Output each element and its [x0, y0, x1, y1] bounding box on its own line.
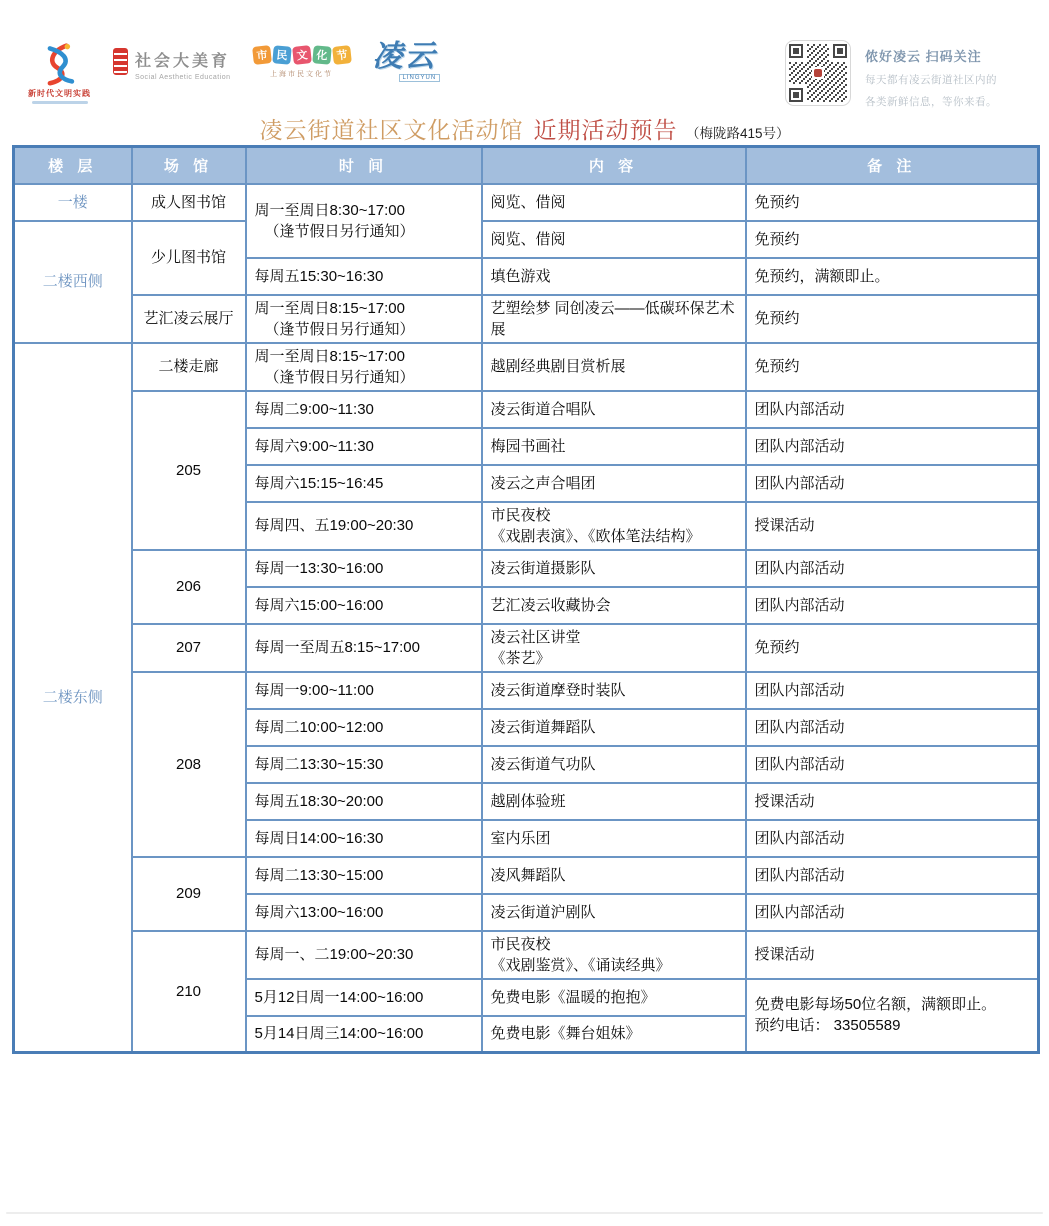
cell-line: 授课活动	[755, 944, 1030, 965]
cell-line: 每周一至周五8:15~17:00	[255, 637, 473, 658]
cell-line: 每周二13:30~15:30	[255, 754, 473, 775]
page: 新时代文明实践 社会大美育 Social Aesthetic Education…	[0, 0, 1049, 1226]
qr-follow-line1: 每天都有凌云街道社区内的	[865, 72, 997, 87]
festival-tile: 民	[272, 45, 292, 65]
time-cell: 每周一至周五8:15~17:00	[246, 624, 482, 672]
time-cell: 每周六9:00~11:30	[246, 428, 482, 465]
content-cell: 填色游戏	[482, 258, 746, 295]
remark-cell: 免预约	[746, 221, 1039, 258]
cell-line: 免预约	[755, 192, 1030, 213]
cell-line: 免预约	[755, 356, 1030, 377]
civilization-practice-subtext	[32, 101, 88, 104]
floor-cell: 一楼	[14, 184, 132, 221]
venue-cell: 206	[132, 550, 246, 624]
cell-line: 免预约，满额即止。	[755, 266, 1030, 287]
cell-line: 市民夜校	[491, 505, 737, 526]
cell-line: 每周六15:15~16:45	[255, 473, 473, 494]
cell-line: 凌云街道摩登时装队	[491, 680, 737, 701]
content-cell: 阅览、借阅	[482, 221, 746, 258]
remark-cell: 免预约	[746, 184, 1039, 221]
time-cell: 每周五15:30~16:30	[246, 258, 482, 295]
civilization-practice-label: 新时代文明实践	[28, 88, 91, 99]
table-row: 艺汇凌云展厅周一至周日8:15~17:00（逢节假日另行通知）艺塑绘梦 同创凌云…	[14, 295, 1039, 343]
cell-line: 周一至周日8:15~17:00	[255, 298, 473, 319]
cell-line: 每周六9:00~11:30	[255, 436, 473, 457]
logo-strip: 新时代文明实践 社会大美育 Social Aesthetic Education…	[28, 42, 440, 104]
schedule-body: 一楼成人图书馆周一至周日8:30~17:00（逢节假日另行通知）阅览、借阅免预约…	[14, 184, 1039, 1053]
schedule-table: 楼 层 场 馆 时 间 内 容 备 注 一楼成人图书馆周一至周日8:30~17:…	[12, 145, 1040, 1054]
cell-line: 凌风舞蹈队	[491, 865, 737, 886]
cell-line: 二楼走廊	[135, 356, 243, 377]
cell-line: 《茶艺》	[491, 648, 737, 669]
cell-line: 每周五18:30~20:00	[255, 791, 473, 812]
page-bottom-edge	[6, 1212, 1043, 1214]
social-aesthetic-icon	[113, 48, 128, 75]
cell-line: （逢节假日另行通知）	[255, 367, 473, 388]
cell-line: 阅览、借阅	[491, 229, 737, 250]
festival-tile: 节	[332, 45, 352, 65]
table-header-row: 楼 层 场 馆 时 间 内 容 备 注	[14, 147, 1039, 184]
remark-cell: 团队内部活动	[746, 857, 1039, 894]
social-aesthetic-sublabel: Social Aesthetic Education	[135, 74, 231, 81]
table-row: 二楼西侧少儿图书馆阅览、借阅免预约	[14, 221, 1039, 258]
cell-line: 5月14日周三14:00~16:00	[255, 1023, 473, 1044]
content-cell: 凌云之声合唱团	[482, 465, 746, 502]
remark-cell: 免费电影每场50位名额，满额即止。预约电话： 33505589	[746, 979, 1039, 1053]
remark-cell: 免预约，满额即止。	[746, 258, 1039, 295]
festival-tile: 文	[292, 45, 312, 65]
venue-cell: 208	[132, 672, 246, 857]
cell-line: 209	[135, 883, 243, 904]
column-header-time: 时 间	[246, 147, 482, 184]
remark-cell: 团队内部活动	[746, 587, 1039, 624]
column-header-floor: 楼 层	[14, 147, 132, 184]
cell-line: （逢节假日另行通知）	[255, 319, 473, 340]
cell-line: 206	[135, 576, 243, 597]
remark-cell: 团队内部活动	[746, 820, 1039, 857]
table-row: 210每周一、二19:00~20:30市民夜校《戏剧鉴赏》、《诵读经典》授课活动	[14, 931, 1039, 979]
table-row: 207每周一至周五8:15~17:00凌云社区讲堂《茶艺》免预约	[14, 624, 1039, 672]
cell-line: 免费电影每场50位名额，满额即止。	[755, 994, 1030, 1015]
cell-line: 成人图书馆	[135, 192, 243, 213]
qr-text-block: 侬好凌云 扫码关注 每天都有凌云街道社区内的 各类新鲜信息，等你来看。	[865, 40, 997, 109]
content-cell: 凌云街道气功队	[482, 746, 746, 783]
cell-line: 每周五15:30~16:30	[255, 266, 473, 287]
cell-line: 二楼东侧	[17, 687, 129, 708]
time-cell: 每周一13:30~16:00	[246, 550, 482, 587]
civilization-practice-logo: 新时代文明实践	[28, 42, 91, 104]
remark-cell: 团队内部活动	[746, 709, 1039, 746]
remark-cell: 免预约	[746, 343, 1039, 391]
qr-follow-title: 侬好凌云 扫码关注	[865, 46, 997, 65]
remark-cell: 授课活动	[746, 502, 1039, 550]
cell-line: 每周二9:00~11:30	[255, 399, 473, 420]
cell-line: 凌云街道气功队	[491, 754, 737, 775]
social-aesthetic-label: 社会大美育	[135, 48, 231, 71]
floor-cell: 二楼东侧	[14, 343, 132, 1053]
time-cell: 5月14日周三14:00~16:00	[246, 1016, 482, 1053]
cell-line: 团队内部活动	[755, 399, 1030, 420]
venue-cell: 207	[132, 624, 246, 672]
cell-line: 团队内部活动	[755, 865, 1030, 886]
cell-line: 梅园书画社	[491, 436, 737, 457]
cell-line: 周一至周日8:15~17:00	[255, 346, 473, 367]
title-announcement: 近期活动预告	[534, 118, 678, 143]
cell-line: 免费电影《舞台姐妹》	[491, 1023, 737, 1044]
page-title: 凌云街道社区文化活动馆近期活动预告 （梅陇路415号）	[0, 112, 1049, 145]
remark-cell: 团队内部活动	[746, 746, 1039, 783]
content-cell: 梅园书画社	[482, 428, 746, 465]
cell-line: 每周二13:30~15:00	[255, 865, 473, 886]
floor-cell: 二楼西侧	[14, 221, 132, 343]
content-cell: 艺塑绘梦 同创凌云——低碳环保艺术展	[482, 295, 746, 343]
lingyun-calligraphy-logo: 凌云 LINGYUN	[373, 42, 441, 82]
cell-line: 凌云街道舞蹈队	[491, 717, 737, 738]
cell-line: （逢节假日另行通知）	[255, 221, 473, 242]
cell-line: 每周一13:30~16:00	[255, 558, 473, 579]
content-cell: 艺汇凌云收藏协会	[482, 587, 746, 624]
table-row: 一楼成人图书馆周一至周日8:30~17:00（逢节假日另行通知）阅览、借阅免预约	[14, 184, 1039, 221]
time-cell: 周一至周日8:15~17:00（逢节假日另行通知）	[246, 295, 482, 343]
cell-line: 团队内部活动	[755, 828, 1030, 849]
cell-line: 市民夜校	[491, 934, 737, 955]
content-cell: 凌云街道摄影队	[482, 550, 746, 587]
venue-cell: 210	[132, 931, 246, 1053]
cell-line: 每周六15:00~16:00	[255, 595, 473, 616]
cell-line: 凌云社区讲堂	[491, 627, 737, 648]
cell-line: 授课活动	[755, 515, 1030, 536]
time-cell: 每周二10:00~12:00	[246, 709, 482, 746]
time-cell: 每周一9:00~11:00	[246, 672, 482, 709]
time-cell: 每周五18:30~20:00	[246, 783, 482, 820]
cell-line: 每周日14:00~16:30	[255, 828, 473, 849]
remark-cell: 团队内部活动	[746, 465, 1039, 502]
title-venue-name: 凌云街道社区文化活动馆	[260, 118, 524, 143]
content-cell: 市民夜校《戏剧鉴赏》、《诵读经典》	[482, 931, 746, 979]
time-cell: 5月12日周一14:00~16:00	[246, 979, 482, 1016]
remark-cell: 团队内部活动	[746, 550, 1039, 587]
venue-cell: 成人图书馆	[132, 184, 246, 221]
cell-line: 每周四、五19:00~20:30	[255, 515, 473, 536]
cell-line: 每周二10:00~12:00	[255, 717, 473, 738]
content-cell: 凌云街道舞蹈队	[482, 709, 746, 746]
content-cell: 市民夜校《戏剧表演》、《欧体笔法结构》	[482, 502, 746, 550]
remark-cell: 授课活动	[746, 783, 1039, 820]
table-row: 209每周二13:30~15:00凌风舞蹈队团队内部活动	[14, 857, 1039, 894]
content-cell: 越剧经典剧目赏析展	[482, 343, 746, 391]
cell-line: 凌云街道摄影队	[491, 558, 737, 579]
lingyun-sublabel: LINGYUN	[399, 74, 441, 82]
social-aesthetic-logo: 社会大美育 Social Aesthetic Education	[113, 48, 231, 81]
cell-line: 5月12日周一14:00~16:00	[255, 987, 473, 1008]
citizen-culture-festival-logo: 市民文化节 上海市民文化节	[253, 46, 351, 79]
table-row: 205每周二9:00~11:30凌云街道合唱队团队内部活动	[14, 391, 1039, 428]
cell-line: 凌云街道合唱队	[491, 399, 737, 420]
content-cell: 室内乐团	[482, 820, 746, 857]
cell-line: 少儿图书馆	[135, 247, 243, 268]
civilization-swirl-icon	[38, 42, 82, 86]
qr-follow-card: 侬好凌云 扫码关注 每天都有凌云街道社区内的 各类新鲜信息，等你来看。	[785, 40, 1035, 109]
festival-sublabel: 上海市民文化节	[270, 69, 333, 79]
cell-line: 凌云之声合唱团	[491, 473, 737, 494]
qr-follow-line2: 各类新鲜信息，等你来看。	[865, 94, 997, 109]
remark-cell: 免预约	[746, 295, 1039, 343]
content-cell: 凌云街道合唱队	[482, 391, 746, 428]
time-cell: 每周六13:00~16:00	[246, 894, 482, 931]
time-cell: 周一至周日8:30~17:00（逢节假日另行通知）	[246, 184, 482, 258]
cell-line: 周一至周日8:30~17:00	[255, 200, 473, 221]
cell-line: 越剧经典剧目赏析展	[491, 356, 737, 377]
remark-cell: 团队内部活动	[746, 391, 1039, 428]
cell-line: 每周一、二19:00~20:30	[255, 944, 473, 965]
column-header-venue: 场 馆	[132, 147, 246, 184]
table-row: 二楼东侧二楼走廊周一至周日8:15~17:00（逢节假日另行通知）越剧经典剧目赏…	[14, 343, 1039, 391]
cell-line: 免预约	[755, 637, 1030, 658]
remark-cell: 团队内部活动	[746, 894, 1039, 931]
venue-cell: 少儿图书馆	[132, 221, 246, 295]
cell-line: 210	[135, 981, 243, 1002]
cell-line: 凌云街道沪剧队	[491, 902, 737, 923]
venue-cell: 205	[132, 391, 246, 550]
cell-line: 填色游戏	[491, 266, 737, 287]
column-header-remark: 备 注	[746, 147, 1039, 184]
qr-code-icon	[789, 44, 847, 102]
time-cell: 每周日14:00~16:30	[246, 820, 482, 857]
time-cell: 每周六15:15~16:45	[246, 465, 482, 502]
festival-tiles: 市民文化节	[253, 46, 351, 64]
cell-line: 团队内部活动	[755, 473, 1030, 494]
cell-line: 一楼	[17, 192, 129, 213]
venue-cell: 209	[132, 857, 246, 931]
content-cell: 免费电影《温暖的抱抱》	[482, 979, 746, 1016]
title-address: （梅陇路415号）	[686, 126, 790, 141]
remark-cell: 团队内部活动	[746, 672, 1039, 709]
cell-line: 艺汇凌云展厅	[135, 308, 243, 329]
content-cell: 凌风舞蹈队	[482, 857, 746, 894]
cell-line: 《戏剧鉴赏》、《诵读经典》	[491, 955, 737, 976]
content-cell: 越剧体验班	[482, 783, 746, 820]
cell-line: 每周六13:00~16:00	[255, 902, 473, 923]
remark-cell: 团队内部活动	[746, 428, 1039, 465]
cell-line: 授课活动	[755, 791, 1030, 812]
time-cell: 每周二9:00~11:30	[246, 391, 482, 428]
cell-line: 二楼西侧	[17, 271, 129, 292]
cell-line: 团队内部活动	[755, 595, 1030, 616]
time-cell: 每周一、二19:00~20:30	[246, 931, 482, 979]
cell-line: 207	[135, 637, 243, 658]
column-header-content: 内 容	[482, 147, 746, 184]
venue-cell: 二楼走廊	[132, 343, 246, 391]
festival-tile: 化	[312, 45, 332, 65]
time-cell: 每周六15:00~16:00	[246, 587, 482, 624]
cell-line: 208	[135, 754, 243, 775]
cell-line: 团队内部活动	[755, 902, 1030, 923]
cell-line: 艺汇凌云收藏协会	[491, 595, 737, 616]
qr-code	[785, 40, 851, 106]
remark-cell: 免预约	[746, 624, 1039, 672]
time-cell: 每周四、五19:00~20:30	[246, 502, 482, 550]
cell-line: 《戏剧表演》、《欧体笔法结构》	[491, 526, 737, 547]
cell-line: 团队内部活动	[755, 558, 1030, 579]
cell-line: 室内乐团	[491, 828, 737, 849]
cell-line: 越剧体验班	[491, 791, 737, 812]
content-cell: 免费电影《舞台姐妹》	[482, 1016, 746, 1053]
cell-line: 205	[135, 460, 243, 481]
cell-line: 团队内部活动	[755, 717, 1030, 738]
cell-line: 免预约	[755, 308, 1030, 329]
content-cell: 凌云街道摩登时装队	[482, 672, 746, 709]
venue-cell: 艺汇凌云展厅	[132, 295, 246, 343]
time-cell: 每周二13:30~15:30	[246, 746, 482, 783]
cell-line: 团队内部活动	[755, 680, 1030, 701]
cell-line: 艺塑绘梦 同创凌云——低碳环保艺术展	[491, 298, 737, 340]
cell-line: 每周一9:00~11:00	[255, 680, 473, 701]
cell-line: 免费电影《温暖的抱抱》	[491, 987, 737, 1008]
cell-line: 团队内部活动	[755, 436, 1030, 457]
cell-line: 预约电话： 33505589	[755, 1015, 1030, 1036]
cell-line: 阅览、借阅	[491, 192, 737, 213]
lingyun-label: 凌云	[373, 42, 437, 72]
content-cell: 凌云社区讲堂《茶艺》	[482, 624, 746, 672]
content-cell: 阅览、借阅	[482, 184, 746, 221]
cell-line: 免预约	[755, 229, 1030, 250]
festival-tile: 市	[252, 45, 272, 65]
table-row: 206每周一13:30~16:00凌云街道摄影队团队内部活动	[14, 550, 1039, 587]
table-row: 208每周一9:00~11:00凌云街道摩登时装队团队内部活动	[14, 672, 1039, 709]
time-cell: 周一至周日8:15~17:00（逢节假日另行通知）	[246, 343, 482, 391]
content-cell: 凌云街道沪剧队	[482, 894, 746, 931]
cell-line: 团队内部活动	[755, 754, 1030, 775]
time-cell: 每周二13:30~15:00	[246, 857, 482, 894]
remark-cell: 授课活动	[746, 931, 1039, 979]
